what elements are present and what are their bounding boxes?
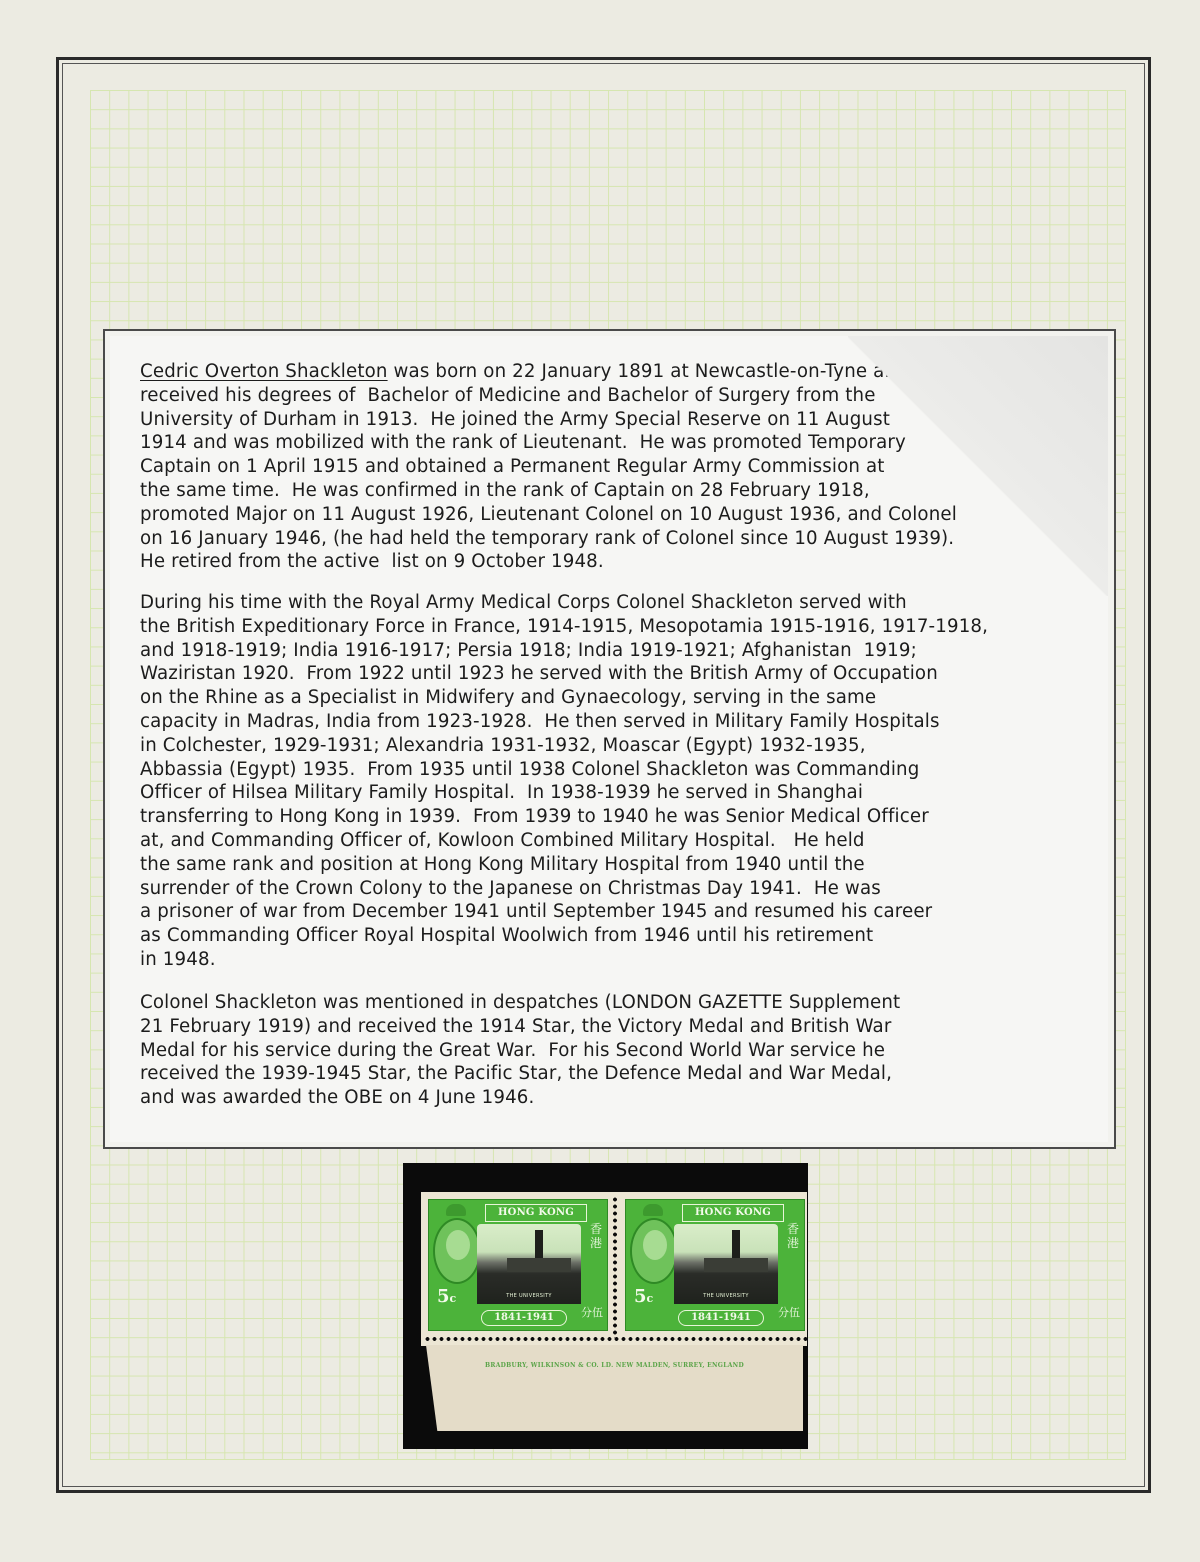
chinese-name: 香港 <box>786 1222 800 1250</box>
crown-icon <box>643 1204 663 1216</box>
stamp-years: 1841-1941 <box>678 1310 764 1326</box>
vignette-caption: THE UNIVERSITY <box>674 1293 778 1299</box>
university-vignette <box>477 1224 581 1304</box>
printer-imprint: BRADBURY, WILKINSON & CO. LD. NEW MALDEN… <box>426 1362 803 1369</box>
crown-icon <box>446 1204 466 1216</box>
perforations-vertical <box>612 1196 618 1338</box>
stamp-5c-left: HONG KONG THE UNIVERSITY 香港 5c 1841-1941… <box>428 1199 608 1331</box>
stamp-country: HONG KONG <box>682 1204 784 1222</box>
subject-name: Cedric Overton Shackleton <box>140 361 388 382</box>
vignette-caption: THE UNIVERSITY <box>477 1293 581 1299</box>
paragraph-service: During his time with the Royal Army Medi… <box>140 591 1100 972</box>
king-portrait <box>433 1218 481 1284</box>
write-up-card: Cedric Overton Shackleton was born on 22… <box>110 336 1108 1142</box>
sheet-selvage: BRADBURY, WILKINSON & CO. LD. NEW MALDEN… <box>426 1345 803 1431</box>
stamp-value: 5c <box>634 1286 653 1307</box>
stamp-years: 1841-1941 <box>481 1310 567 1326</box>
stamp-5c-right: HONG KONG THE UNIVERSITY 香港 5c 1841-1941… <box>625 1199 805 1331</box>
stamp-country: HONG KONG <box>485 1204 587 1222</box>
chinese-value: 分伍 <box>581 1304 603 1320</box>
chinese-name: 香港 <box>589 1222 603 1250</box>
king-portrait <box>630 1218 678 1284</box>
chinese-value: 分伍 <box>778 1304 800 1320</box>
paragraph-career: Cedric Overton Shackleton was born on 22… <box>140 360 1100 574</box>
university-vignette <box>674 1224 778 1304</box>
paragraph-awards: Colonel Shackleton was mentioned in desp… <box>140 991 1100 1110</box>
stamp-value: 5c <box>437 1286 456 1307</box>
